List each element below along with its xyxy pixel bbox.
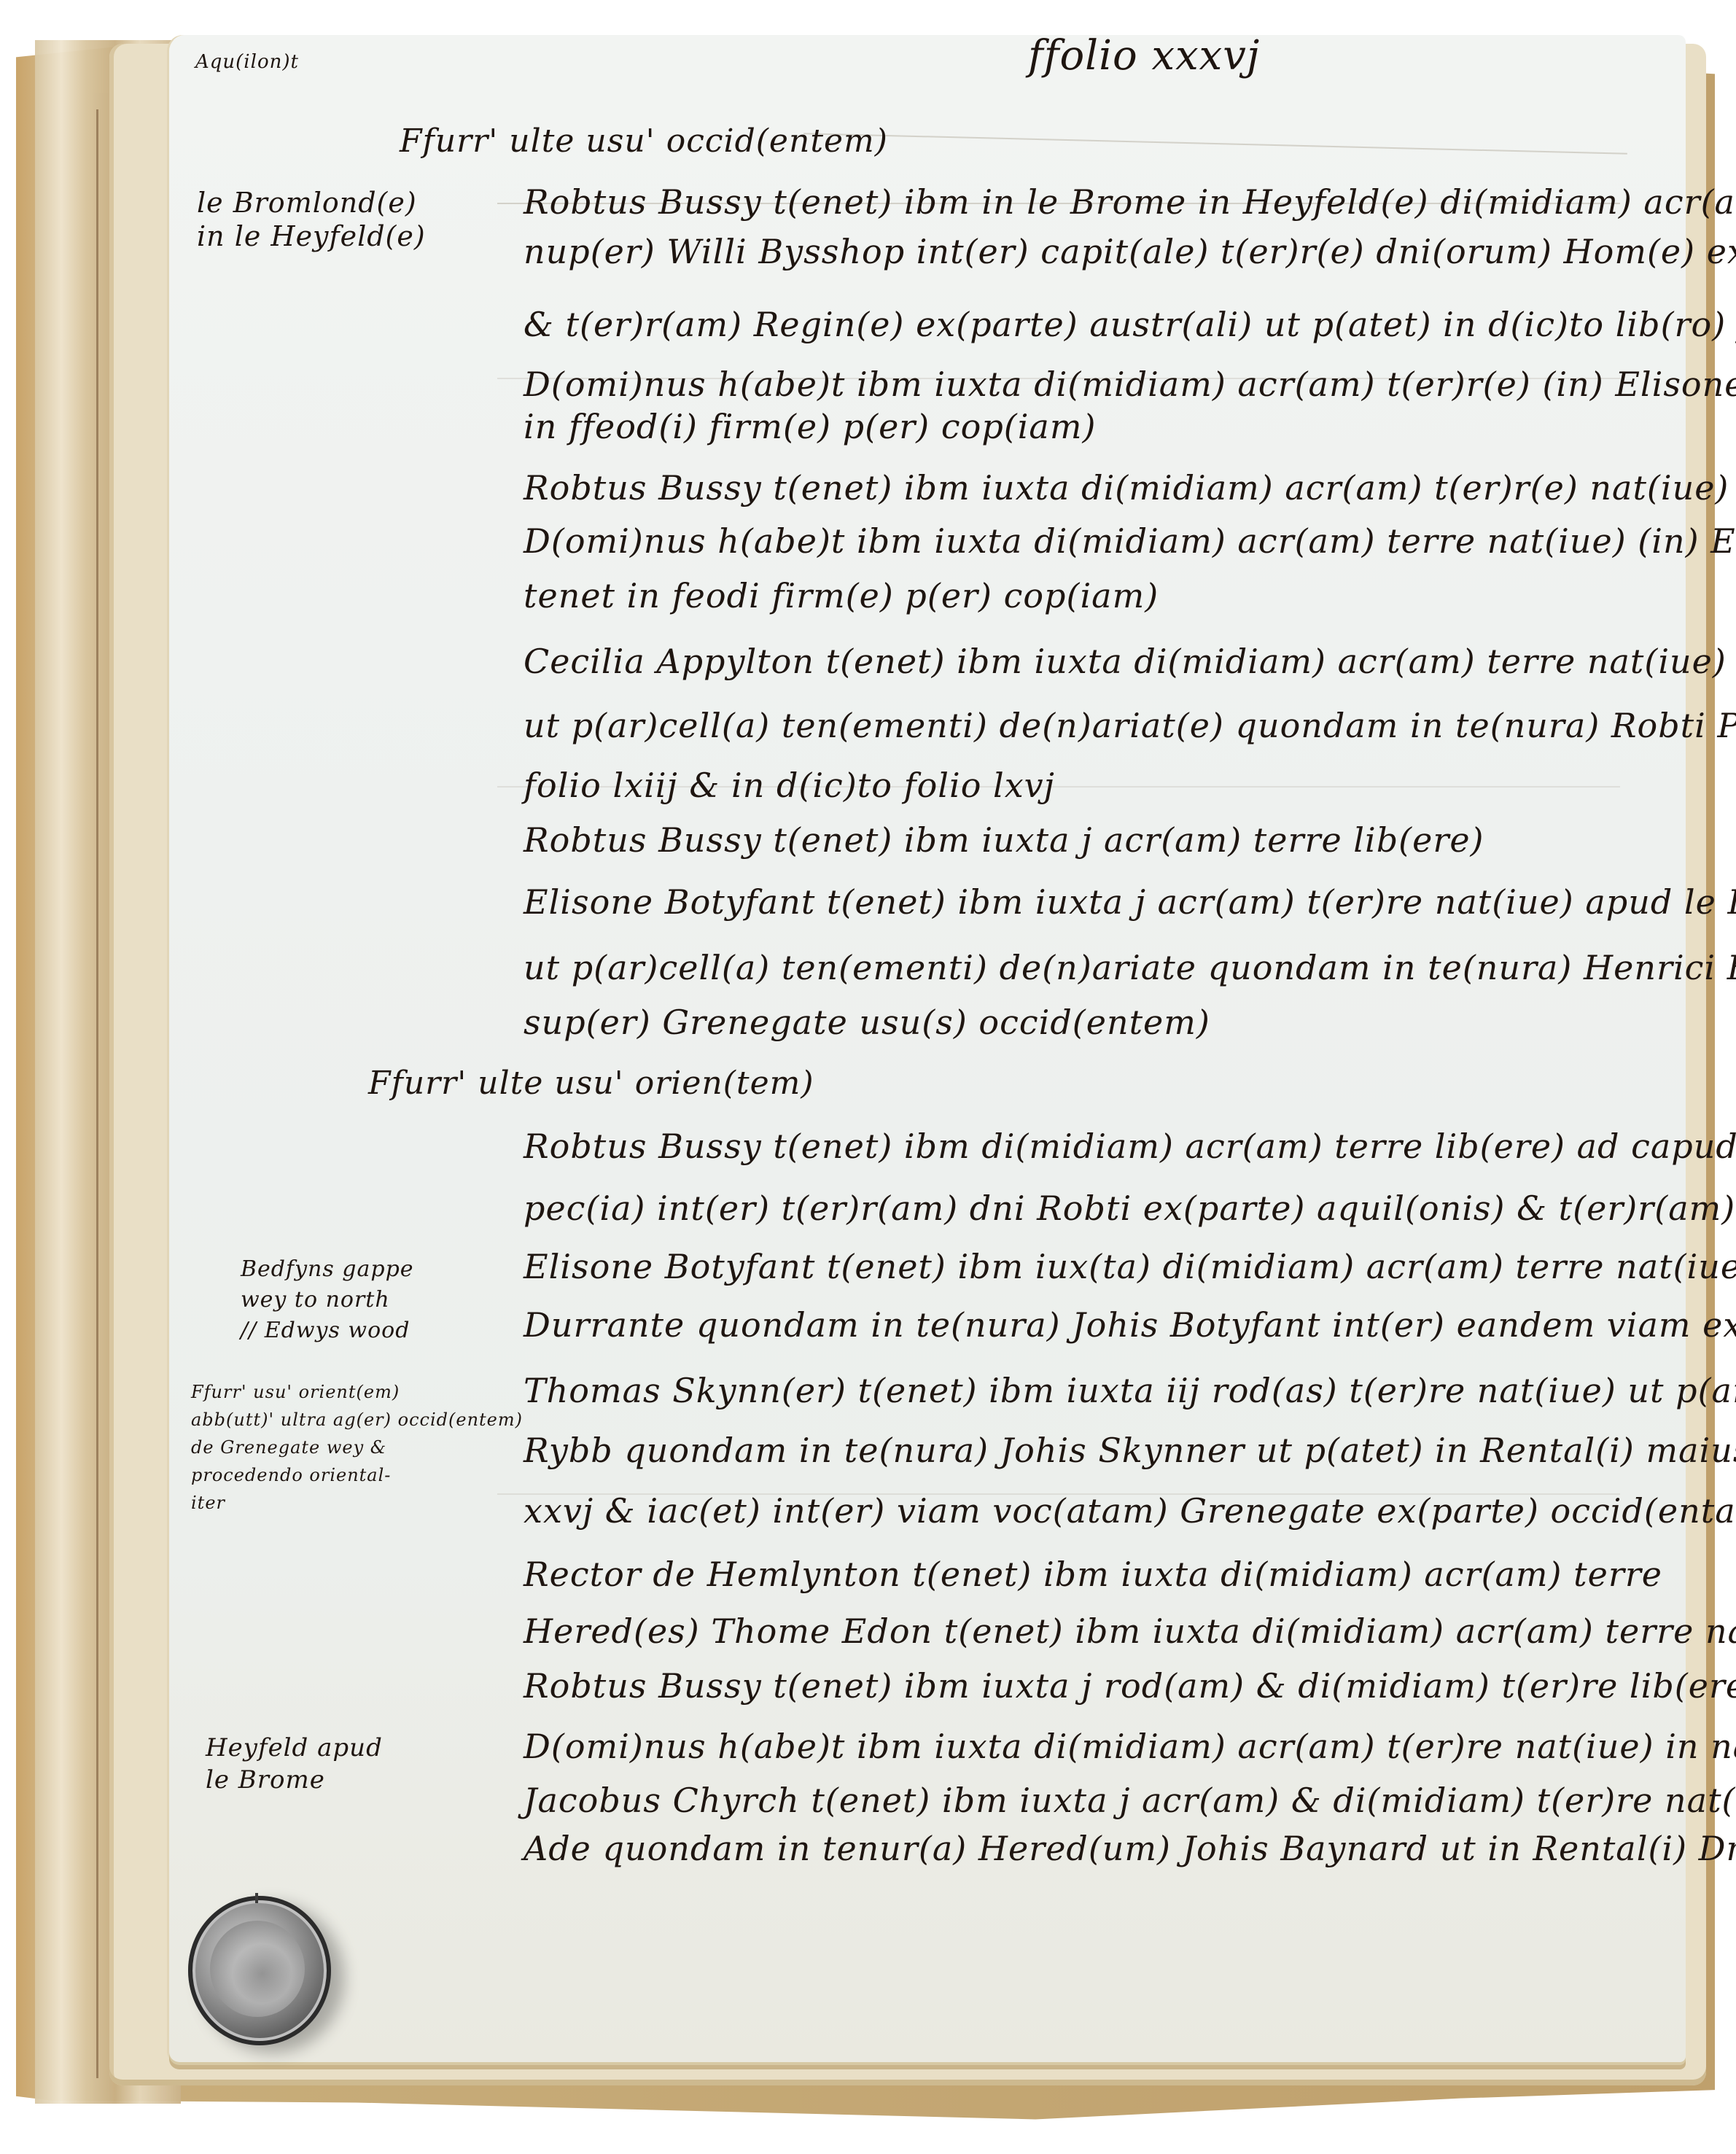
text-line: Ade quondam in tenur(a) Hered(um) Johis …: [523, 1829, 1736, 1868]
text-line: Thomas Skynn(er) t(enet) ibm iuxta iij r…: [523, 1371, 1736, 1410]
text-line: sup(er) Grenegate usu(s) occid(entem): [523, 1003, 1210, 1042]
spine-fold-line: [96, 109, 98, 2078]
margin-note-line: // Edwys wood: [241, 1315, 414, 1346]
margin-note-line: Ffurr' usu' orient(em): [191, 1378, 523, 1406]
section-heading: Ffurr' ulte usu' orien(tem): [368, 1065, 814, 1102]
margin-note-line: wey to north: [241, 1285, 414, 1315]
margin-note-line: le Bromlond(e): [197, 186, 426, 219]
text-line: Hered(es) Thome Edon t(enet) ibm iuxta d…: [523, 1611, 1736, 1651]
seal-face: [210, 1921, 305, 2017]
text-line: tenet in feodi firm(e) p(er) cop(iam): [523, 576, 1159, 615]
margin-note: le Bromlond(e) in le Heyfeld(e): [197, 186, 426, 253]
text-line: Durrante quondam in te(nura) Johis Botyf…: [523, 1305, 1736, 1345]
text-line: & t(er)r(am) Regin(e) ex(parte) austr(al…: [523, 305, 1736, 344]
corner-note: Aqu(ilon)t: [195, 51, 299, 73]
margin-note-line: Heyfeld apud: [206, 1732, 383, 1764]
text-line: ut p(ar)cell(a) ten(ementi) de(n)ariate …: [523, 948, 1736, 987]
margin-note-line: Bedfyns gappe: [241, 1254, 414, 1285]
seal-pin: [255, 1893, 258, 1903]
text-line: Elisone Botyfant t(enet) ibm iux(ta) di(…: [523, 1247, 1736, 1286]
text-line: Robtus Bussy t(enet) ibm iuxta j rod(am)…: [523, 1666, 1736, 1706]
text-line: Elisone Botyfant t(enet) ibm iuxta j acr…: [523, 882, 1736, 922]
text-line: D(omi)nus h(abe)t ibm iuxta di(midiam) a…: [523, 365, 1736, 404]
margin-note-boundary: Ffurr' usu' orient(em) abb(utt)' ultra a…: [191, 1378, 523, 1517]
text-line: nup(er) Willi Bysshop int(er) capit(ale)…: [523, 232, 1736, 271]
text-line: D(omi)nus h(abe)t ibm iuxta di(midiam) a…: [523, 1727, 1736, 1766]
metal-seal-boss: [188, 1896, 331, 2045]
margin-note: Bedfyns gappe wey to north // Edwys wood: [241, 1254, 414, 1346]
text-line: in ffeod(i) firm(e) p(er) cop(iam): [523, 407, 1096, 446]
margin-note-line: iter: [191, 1489, 523, 1517]
margin-note-line: in le Heyfeld(e): [197, 219, 426, 253]
text-line: Robtus Bussy t(enet) ibm in le Brome in …: [523, 182, 1736, 222]
text-line: Jacobus Chyrch t(enet) ibm iuxta j acr(a…: [523, 1781, 1736, 1820]
text-line: D(omi)nus h(abe)t ibm iuxta di(midiam) a…: [523, 521, 1736, 561]
text-line: Robtus Bussy t(enet) ibm iuxta di(midiam…: [523, 468, 1736, 508]
text-line: Rybb quondam in te(nura) Johis Skynner u…: [523, 1431, 1736, 1470]
folio-number: ffolio xxxvj: [1028, 32, 1260, 79]
text-line: Robtus Bussy t(enet) ibm iuxta j acr(am)…: [523, 820, 1484, 860]
margin-note-line: de Grenegate wey &: [191, 1434, 523, 1461]
text-line: pec(ia) int(er) t(er)r(am) dni Robti ex(…: [523, 1189, 1736, 1228]
text-line: folio lxiij & in d(ic)to folio lxvj: [523, 766, 1055, 805]
text-line: ut p(ar)cell(a) ten(ementi) de(n)ariat(e…: [523, 706, 1736, 745]
section-heading: Ffurr' ulte usu' occid(entem): [400, 123, 888, 160]
text-line: Robtus Bussy t(enet) ibm di(midiam) acr(…: [523, 1127, 1736, 1166]
text-line: xxvj & iac(et) int(er) viam voc(atam) Gr…: [523, 1491, 1736, 1531]
text-line: Cecilia Appylton t(enet) ibm iuxta di(mi…: [523, 642, 1736, 681]
margin-note-location: Heyfeld apud le Brome: [206, 1732, 383, 1796]
ruled-line: [803, 133, 1627, 155]
margin-note-line: procedendo oriental-: [191, 1461, 523, 1489]
text-line: Rector de Hemlynton t(enet) ibm iuxta di…: [523, 1555, 1662, 1594]
margin-note-line: le Brome: [206, 1764, 383, 1796]
margin-note-line: abb(utt)' ultra ag(er) occid(entem): [191, 1406, 523, 1434]
